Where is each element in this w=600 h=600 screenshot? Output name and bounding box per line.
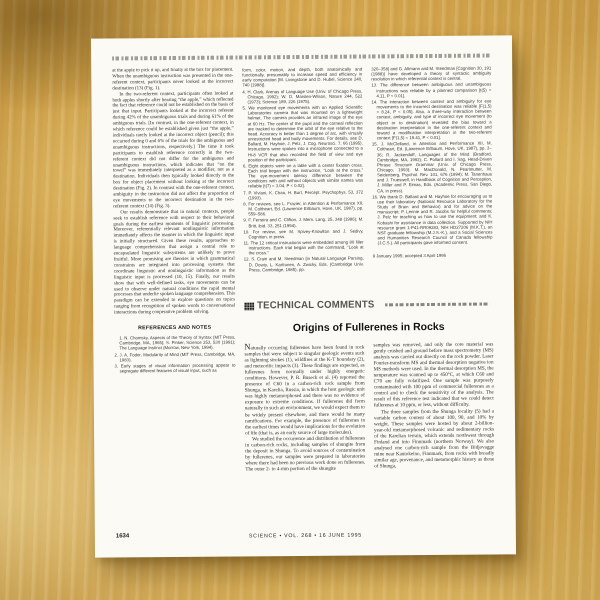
journal-footer: SCIENCE • VOL. 268 • 16 JUNE 1995 [116, 532, 495, 541]
paragraph: 7. P. Viviani, K. Chao, H. Burt, Percept… [243, 189, 363, 200]
paragraph: 14. The interaction between context and … [371, 98, 491, 140]
references-row: form, color, motion, and depth, both ana… [242, 66, 493, 292]
right-two-thirds: form, color, motion, and depth, both ana… [242, 66, 495, 526]
paragraph: 320–358] and G. Altmann and M. Steedman … [371, 66, 491, 82]
gold-desk-background: { "journal_footer": "SCIENCE • VOL. 268 … [0, 0, 600, 600]
references-column-2: form, color, motion, and depth, both ana… [242, 67, 364, 292]
references-column-3: 320–358] and G. Altmann and M. Steedman … [371, 66, 493, 291]
references-column-1: 1. N. Chomsky, Aspects of the Theory of … [114, 335, 235, 374]
paragraph: 9. F. Ferreira and C. Clifton, J. Mem. L… [243, 217, 363, 228]
paragraph: Naturally occurring fullerenes have been… [244, 343, 365, 437]
paragraph: 16. We thank D. Ballard and M. Hayhoe fo… [372, 193, 492, 246]
paragraph: 3. Early stages of visual information pr… [115, 362, 236, 373]
paragraph: In the two-referent context, participant… [112, 91, 234, 210]
paragraph: 13. The difference between ambiguous and… [371, 82, 491, 98]
scanned-journal-page: at the apple to pick it up, and finally … [91, 35, 516, 557]
paragraph: 8. For reviews, see L. Frazier, in Atten… [243, 200, 363, 216]
paragraph: 6. Eight objects were on a table with a … [243, 162, 363, 189]
halftone-square-icon [244, 302, 254, 310]
technical-comments-noise-strip [385, 302, 490, 306]
paragraph: 10. For review, see M. Spivey-Knowlton a… [243, 228, 363, 239]
technical-comments-band: TECHNICAL COMMENTS [244, 299, 493, 312]
paragraph: 11. The 12 critical instructions were em… [244, 240, 364, 256]
paragraph: 15. J. McClelland, in Attention and Perf… [372, 141, 492, 194]
paragraph: form, color, motion, and depth, both ana… [242, 67, 362, 89]
paragraph: 1. N. Chomsky, Aspects of the Theory of … [114, 335, 235, 351]
paragraph: 4. H. Clark, Arenas of Language Use (Uni… [242, 88, 362, 104]
paragraph: The three samples from the Shunga locali… [374, 408, 494, 469]
article-columns: Naturally occurring fullerenes have been… [244, 342, 494, 526]
paragraph: 2. J. A. Fodor, Modularity of Mind (MIT … [114, 351, 235, 362]
paragraph: Our results demonstrate that in natural … [113, 209, 235, 316]
paragraph: 5. We monitored eye movements with an Ap… [242, 105, 362, 163]
page-content: at the apple to pick it up, and finally … [112, 66, 495, 527]
report-body: at the apple to pick it up, and finally … [112, 68, 235, 317]
references-column-3-list: 320–358] and G. Altmann and M. Steedman … [371, 66, 492, 246]
report-text-column: at the apple to pick it up, and finally … [112, 68, 237, 527]
references-heading: REFERENCES AND NOTES [114, 325, 235, 332]
paragraph: We studied the occurrence and distributi… [245, 435, 365, 472]
page-bottom-row: 1634 SCIENCE • VOL. 268 • 16 JUNE 1995 [116, 531, 495, 544]
technical-comments-label: TECHNICAL COMMENTS [257, 299, 375, 311]
paragraph: 12. S. Crain and M. Steedman [in Natural… [244, 256, 364, 272]
paragraph: at the apple to pick it up, and finally … [112, 68, 233, 93]
paragraph: samples was removed, and only the core m… [373, 342, 494, 409]
article-title: Origins of Fullerenes in Rocks [244, 321, 493, 335]
received-accepted-line: 9 January 1995; accepted 3 April 1995 [373, 253, 493, 259]
page-top-noise-strip [112, 54, 491, 61]
article-column-2: samples was removed, and only the core m… [373, 342, 494, 525]
article-column-1: Naturally occurring fullerenes have been… [244, 343, 365, 526]
